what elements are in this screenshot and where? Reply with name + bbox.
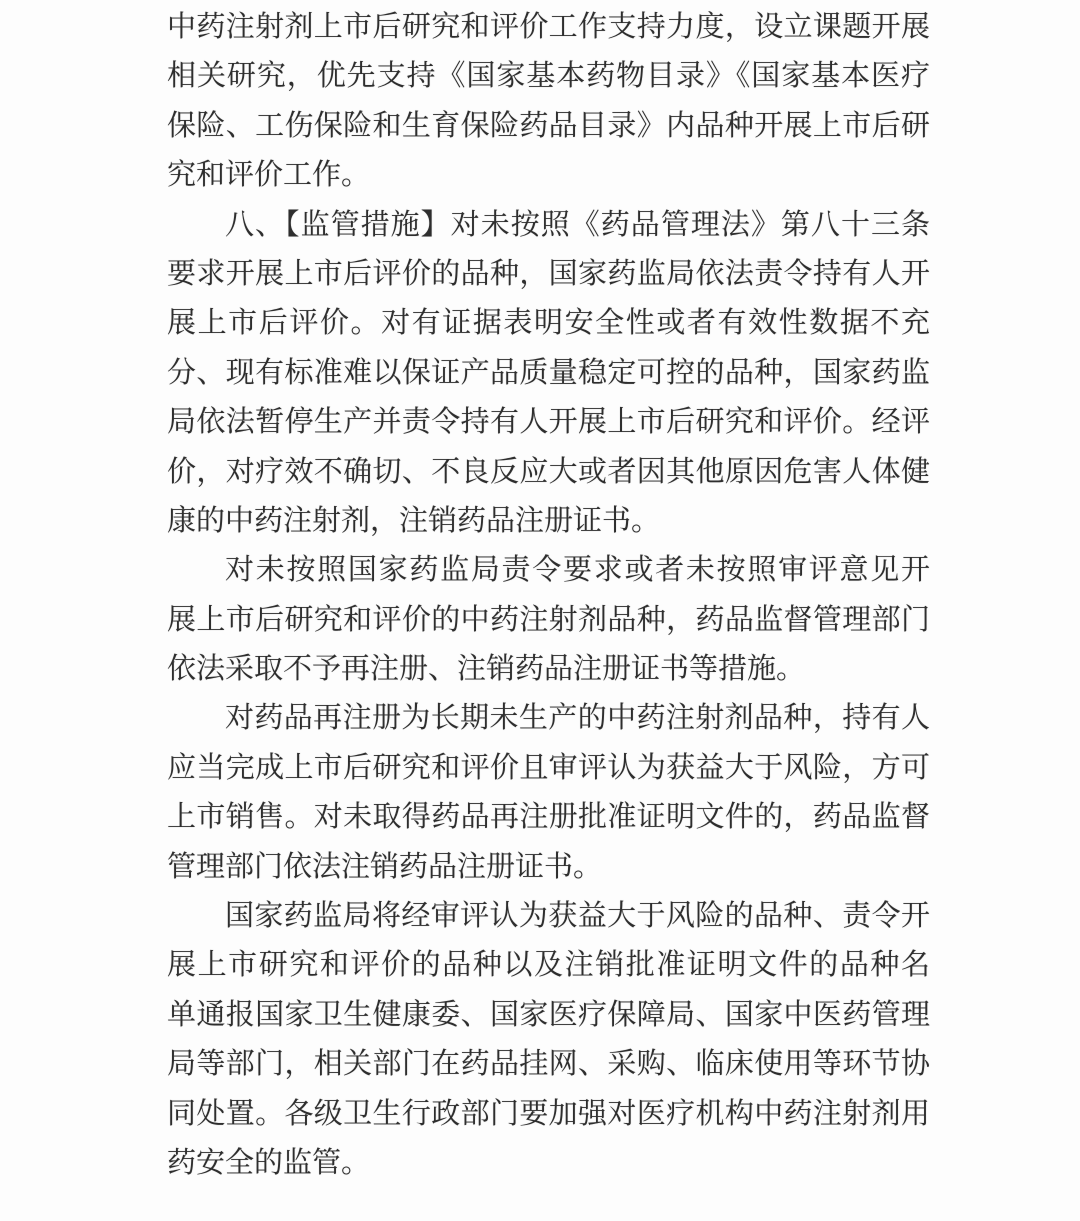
- text-line: 局依法暂停生产并责令持有人开展上市后研究和评价。经评: [167, 398, 930, 447]
- text-line: 保险、工伤保险和生育保险药品目录》内品种开展上市后研: [167, 102, 930, 151]
- text-line: 同处置。各级卫生行政部门要加强对医疗机构中药注射剂用: [167, 1090, 930, 1139]
- paragraph: 对未按照国家药监局责令要求或者未按照审评意见开 展上市后研究和评价的中药注射剂品…: [167, 546, 930, 694]
- text-line: 分、现有标准难以保证产品质量稳定可控的品种，国家药监: [167, 349, 930, 398]
- text-line: 八、【监管措施】对未按照《药品管理法》第八十三条: [167, 201, 930, 250]
- text-line: 价，对疗效不确切、不良反应大或者因其他原因危害人体健: [167, 448, 930, 497]
- text-line: 依法采取不予再注册、注销药品注册证书等措施。: [167, 645, 930, 694]
- text-line: 单通报国家卫生健康委、国家医疗保障局、国家中医药管理: [167, 991, 930, 1040]
- text-line: 究和评价工作。: [167, 151, 930, 200]
- text-line: 相关研究，优先支持《国家基本药物目录》《国家基本医疗: [167, 52, 930, 101]
- paragraph: 中药注射剂上市后研究和评价工作支持力度，设立课题开展 相关研究，优先支持《国家基…: [167, 3, 930, 201]
- paragraph: 对药品再注册为长期未生产的中药注射剂品种，持有人 应当完成上市后研究和评价且审评…: [167, 694, 930, 892]
- paragraph: 八、【监管措施】对未按照《药品管理法》第八十三条 要求开展上市后评价的品种，国家…: [167, 201, 930, 547]
- text-line: 药安全的监管。: [167, 1139, 930, 1188]
- text-line: 上市销售。对未取得药品再注册批准证明文件的，药品监督: [167, 793, 930, 842]
- text-line: 康的中药注射剂，注销药品注册证书。: [167, 497, 930, 546]
- text-line: 要求开展上市后评价的品种，国家药监局依法责令持有人开: [167, 250, 930, 299]
- text-line: 展上市研究和评价的品种以及注销批准证明文件的品种名: [167, 941, 930, 990]
- document-text-block: 中药注射剂上市后研究和评价工作支持力度，设立课题开展 相关研究，优先支持《国家基…: [167, 3, 930, 1188]
- document-page: 中药注射剂上市后研究和评价工作支持力度，设立课题开展 相关研究，优先支持《国家基…: [0, 0, 1080, 1221]
- paragraph: 国家药监局将经审评认为获益大于风险的品种、责令开 展上市研究和评价的品种以及注销…: [167, 892, 930, 1188]
- text-line: 展上市后研究和评价的中药注射剂品种，药品监督管理部门: [167, 596, 930, 645]
- text-line: 对药品再注册为长期未生产的中药注射剂品种，持有人: [167, 694, 930, 743]
- text-line: 应当完成上市后研究和评价且审评认为获益大于风险，方可: [167, 744, 930, 793]
- text-line: 展上市后评价。对有证据表明安全性或者有效性数据不充: [167, 299, 930, 348]
- text-line: 局等部门，相关部门在药品挂网、采购、临床使用等环节协: [167, 1040, 930, 1089]
- text-line: 对未按照国家药监局责令要求或者未按照审评意见开: [167, 546, 930, 595]
- text-line: 国家药监局将经审评认为获益大于风险的品种、责令开: [167, 892, 930, 941]
- text-line: 管理部门依法注销药品注册证书。: [167, 843, 930, 892]
- text-line: 中药注射剂上市后研究和评价工作支持力度，设立课题开展: [167, 3, 930, 52]
